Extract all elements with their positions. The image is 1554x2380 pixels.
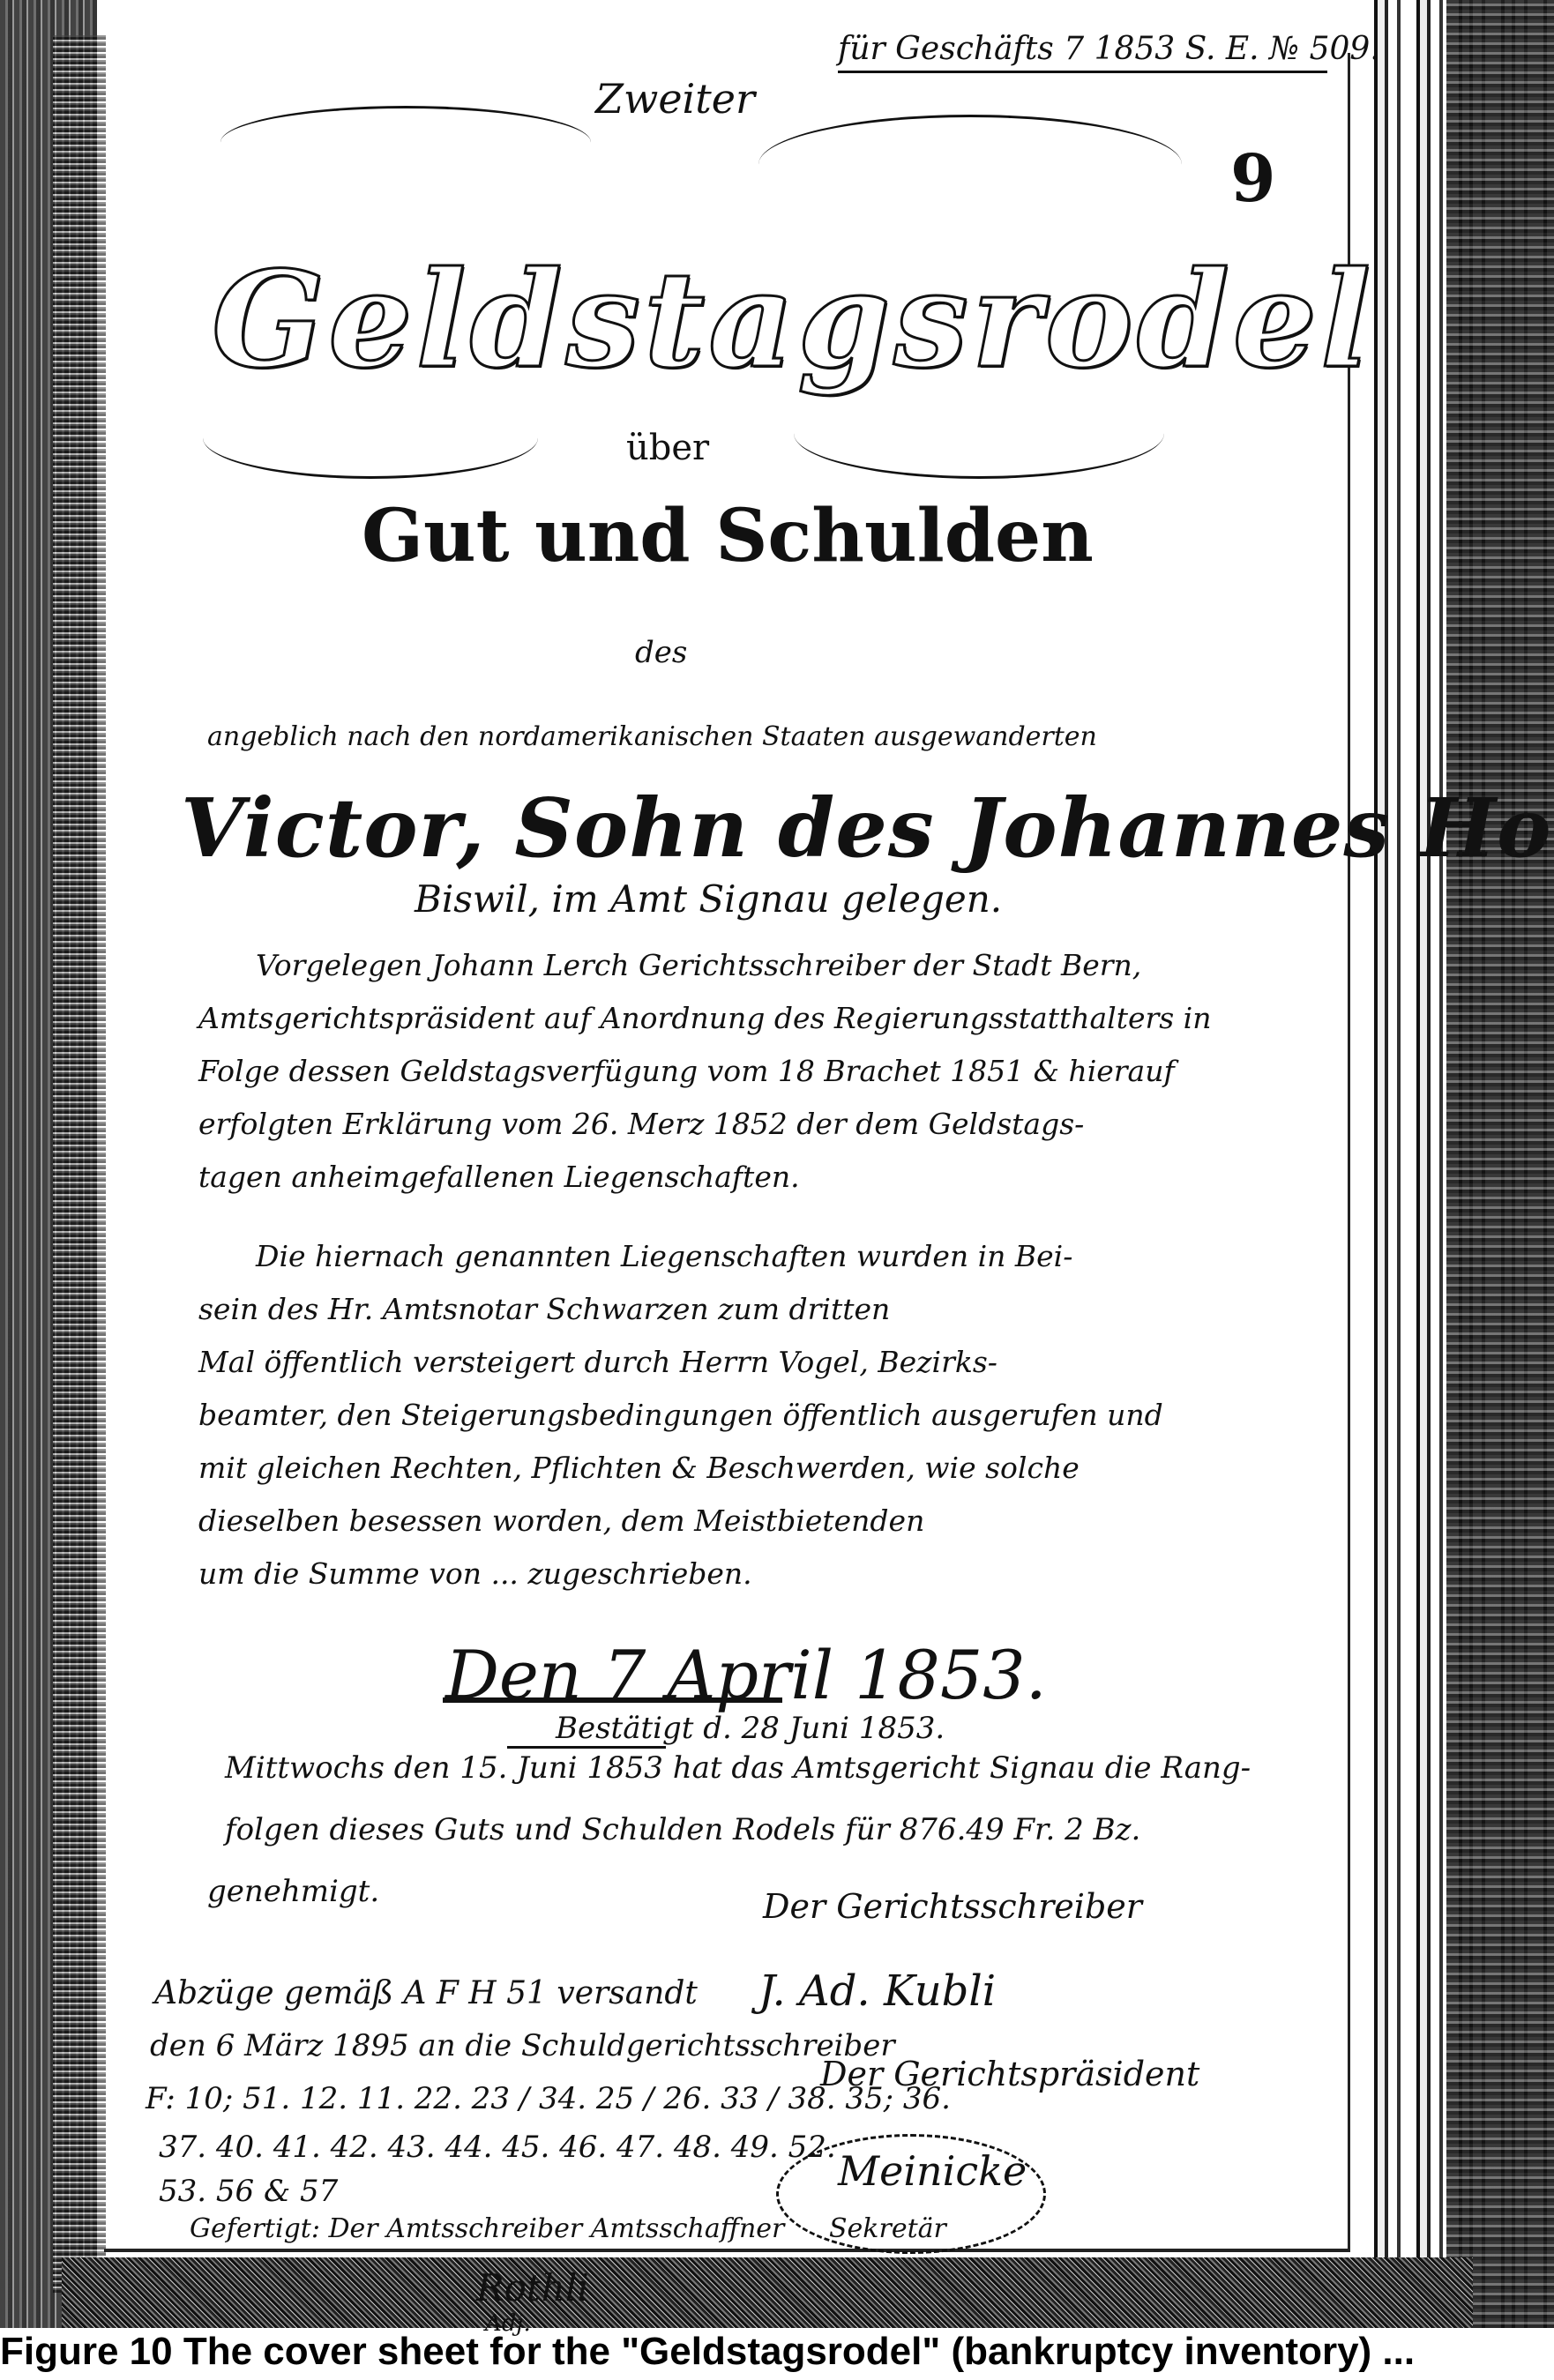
debtor-origin: Biswil, im Amt Signau gelegen.	[415, 877, 1002, 921]
annotation-numbers: 37. 40. 41. 42. 43. 44. 45. 46. 47. 48. …	[159, 2130, 836, 2165]
scan-bottom-edge-shadow	[62, 2257, 1473, 2328]
entry-line: Mittwochs den 15. Juni 1853 hat das Amts…	[225, 1750, 1251, 1786]
body-line: Die hiernach genannten Liegenschaften wu…	[256, 1239, 1072, 1273]
flourish-decoration	[220, 106, 591, 179]
flourish-decoration	[794, 388, 1164, 479]
entry-line: folgen dieses Guts und Schulden Rodels f…	[225, 1812, 1140, 1847]
debtor-name: Victor, Sohn des Johannes Holzer von	[181, 780, 1554, 876]
body-line: dieselben besessen worden, dem Meistbiet…	[198, 1503, 924, 1538]
verification-note: Bestätigt d. 28 Juni 1853.	[556, 1711, 945, 1746]
flourish-decoration	[758, 115, 1182, 214]
body-line: tagen anheimgefallenen Liegenschaften.	[198, 1160, 800, 1194]
body-line: Amtsgerichtspräsident auf Anordnung des …	[198, 1001, 1212, 1035]
debtor-description: angeblich nach den nordamerikanischen St…	[207, 721, 1097, 752]
annotation-line: den 6 März 1895 an die Schuldgerichtssch…	[150, 2028, 895, 2063]
annotation-numbers: 53. 56 & 57	[159, 2174, 338, 2209]
annotation-line: Gefertigt: Der Amtsschreiber Amtsschaffn…	[190, 2213, 784, 2244]
body-line: beamter, den Steigerungsbedingungen öffe…	[198, 1398, 1163, 1432]
signature-title: Der Gerichtsschreiber	[763, 1887, 1142, 1926]
signature: J. Ad. Kubli	[758, 1966, 996, 2016]
body-line: sein des Hr. Amtsnotar Schwarzen zum dri…	[198, 1292, 890, 1326]
document-subtitle: Gut und Schulden	[362, 494, 1094, 578]
scan-left-edge-noise	[53, 35, 106, 2293]
body-line: mit gleichen Rechten, Pflichten & Beschw…	[198, 1451, 1080, 1485]
body-line: Mal öffentlich versteigert durch Herrn V…	[198, 1345, 997, 1379]
ordinal-heading: Zweiter	[595, 75, 755, 123]
scanned-document-page: für Geschäfts 7 1853 S. E. № 509. Zweite…	[0, 0, 1554, 2328]
date-underline	[443, 1697, 782, 1703]
annotation-line: Abzüge gemäß A F H 51 versandt	[154, 1975, 698, 2011]
entry-line: genehmigt.	[207, 1874, 379, 1909]
body-line: erfolgten Erklärung vom 26. Merz 1852 de…	[198, 1107, 1084, 1141]
title-article: des	[635, 635, 687, 670]
figure-caption: Figure 10 The cover sheet for the "Gelds…	[0, 2330, 1415, 2374]
book-spine-shadow	[1446, 0, 1554, 2328]
body-line: Folge dessen Geldstagsverfügung vom 18 B…	[198, 1054, 1175, 1088]
reference-note: für Geschäfts 7 1853 S. E. № 509.	[838, 31, 1327, 73]
annotation-signature: Rothli	[476, 2266, 589, 2309]
annotation-numbers: F: 10; 51. 12. 11. 22. 23 / 34. 25 / 26.…	[146, 2081, 951, 2116]
page-number: 9	[1230, 141, 1276, 217]
verification-underline	[507, 1746, 666, 1749]
body-line: um die Summe von ... zugeschrieben.	[198, 1556, 752, 1591]
document-title: Geldstagsrodel	[212, 242, 1374, 398]
title-preposition: über	[626, 428, 709, 468]
flourish-decoration	[203, 397, 538, 479]
body-line: Vorgelegen Johann Lerch Gerichtsschreibe…	[256, 948, 1141, 982]
